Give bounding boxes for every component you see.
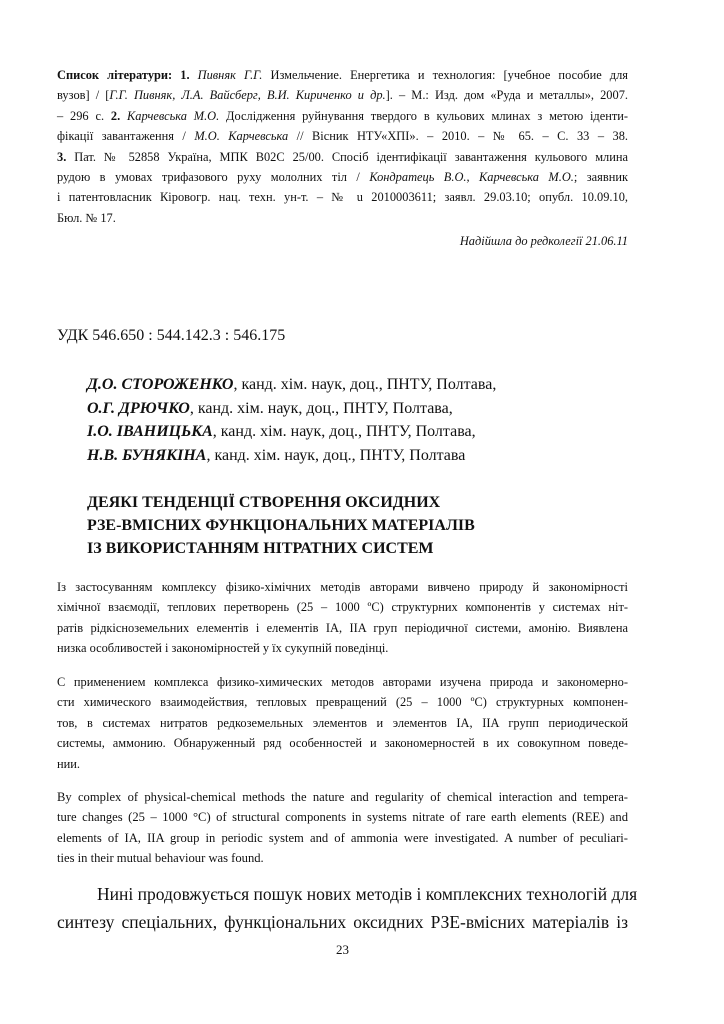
body-paragraph: Нині продовжується пошук нових методів і…: [57, 880, 628, 936]
reference-line: 3. Пат. № 52858 Україна, МПК B02C 25/00.…: [57, 147, 628, 167]
reference-line: фікації завантаження / М.О. Карчевська /…: [57, 126, 628, 146]
author-entry: Н.В. БУНЯКІНА, канд. хім. наук, доц., ПН…: [87, 444, 496, 468]
reference-line: Бюл. № 17.: [57, 208, 628, 228]
page-number: 23: [57, 942, 628, 958]
reference-line: – 296 с. 2. Карчевська М.О. Дослідження …: [57, 106, 628, 126]
received-date: Надійшла до редколегії 21.06.11: [460, 234, 628, 249]
reference-line: рудою в умовах трифазового руху мололних…: [57, 167, 628, 187]
abstract-english: By complex of physical-chemical methods …: [57, 787, 628, 869]
abstract-ukrainian: Із застосуванням комплексу фізико-хімічн…: [57, 577, 628, 659]
reference-line: вузов] / [Г.Г. Пивняк, Л.А. Вайсберг, В.…: [57, 85, 628, 105]
article-title: ДЕЯКІ ТЕНДЕНЦІЇ СТВОРЕННЯ ОКСИДНИХ РЗЕ-В…: [87, 491, 475, 560]
reference-line: і патентовласник Кіровогр. нац. техн. ун…: [57, 187, 628, 207]
author-entry: О.Г. ДРЮЧКО, канд. хім. наук, доц., ПНТУ…: [87, 397, 496, 421]
author-entry: Д.О. СТОРОЖЕНКО, канд. хім. наук, доц., …: [87, 373, 496, 397]
udk-code: УДК 546.650 : 544.142.3 : 546.175: [57, 327, 285, 345]
abstract-russian: С применением комплекса физико-химически…: [57, 672, 628, 774]
references-list: Список літератури: 1. Пивняк Г.Г. Измель…: [57, 65, 628, 228]
authors-list: Д.О. СТОРОЖЕНКО, канд. хім. наук, доц., …: [87, 373, 496, 467]
reference-line: Список літератури: 1. Пивняк Г.Г. Измель…: [57, 65, 628, 85]
author-entry: І.О. ІВАНИЦЬКА, канд. хім. наук, доц., П…: [87, 420, 496, 444]
